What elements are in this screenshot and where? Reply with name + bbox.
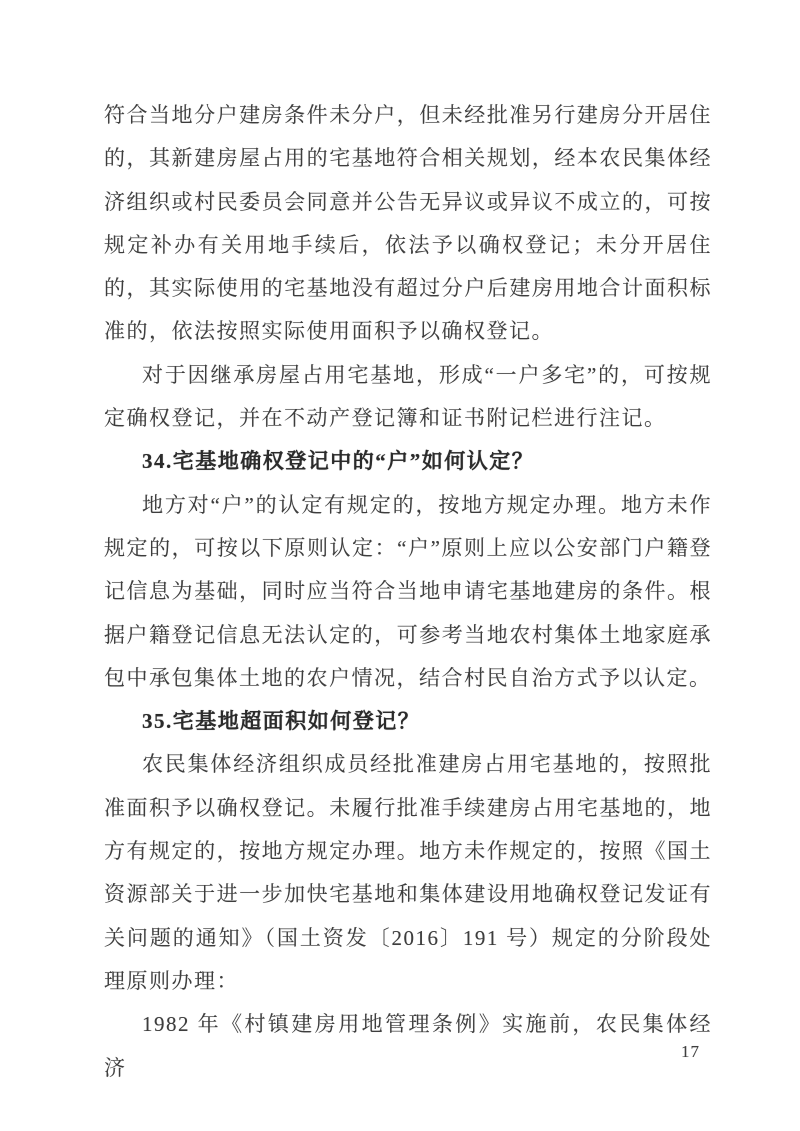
body-paragraph-answer-34: 地方对“户”的认定有规定的，按地方规定办理。地方未作规定的，可按以下原则认定：“… (104, 484, 712, 700)
question-heading-35: 35.宅基地超面积如何登记？ (104, 700, 712, 743)
page-number: 17 (681, 1042, 700, 1062)
body-paragraph-inheritance: 对于因继承房屋占用宅基地，形成“一户多宅”的，可按规定确权登记，并在不动产登记簿… (104, 354, 712, 441)
question-heading-34: 34.宅基地确权登记中的“户”如何认定？ (104, 440, 712, 483)
page-content: 符合当地分户建房条件未分户，但未经批准另行建房分开居住的，其新建房屋占用的宅基地… (104, 94, 712, 1090)
document-page: 符合当地分户建房条件未分户，但未经批准另行建房分开居住的，其新建房屋占用的宅基地… (0, 0, 800, 1131)
body-paragraph-1982: 1982 年《村镇建房用地管理条例》实施前，农民集体经济 (104, 1003, 712, 1090)
body-paragraph-answer-35: 农民集体经济组织成员经批准建房占用宅基地的，按照批准面积予以确权登记。未履行批准… (104, 743, 712, 1003)
body-paragraph-continuation: 符合当地分户建房条件未分户，但未经批准另行建房分开居住的，其新建房屋占用的宅基地… (104, 94, 712, 354)
